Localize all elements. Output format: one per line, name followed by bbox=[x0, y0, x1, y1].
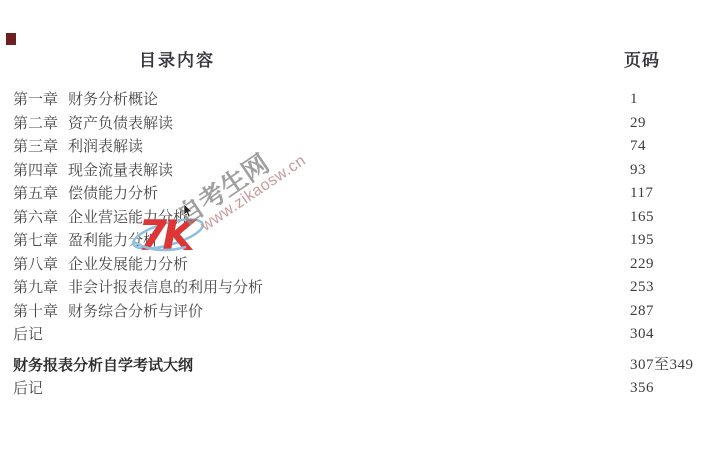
toc-row: 后记 304 bbox=[13, 323, 703, 347]
toc-header-page-label: 页码 bbox=[624, 46, 660, 71]
toc-row-title: 财务综合分析与评价 bbox=[68, 303, 203, 320]
toc-row: 后记 356 bbox=[13, 377, 703, 401]
toc-row-chapter: 第八章 bbox=[13, 253, 68, 277]
toc-row-chapter: 第二章 bbox=[13, 112, 68, 136]
toc-header-contents-label: 目录内容 bbox=[139, 46, 215, 71]
corner-square-marker bbox=[6, 33, 16, 45]
toc-row-title: 现金流量表解读 bbox=[68, 162, 173, 179]
toc-row-title: 后记 bbox=[13, 380, 43, 397]
toc-row-page-number: 1 bbox=[630, 88, 638, 112]
toc-row-title: 后记 bbox=[13, 326, 43, 343]
toc-row-title: 偿债能力分析 bbox=[68, 185, 158, 202]
toc-row-page-number: 195 bbox=[630, 229, 654, 253]
toc-row-page-number: 74 bbox=[630, 135, 646, 159]
mouse-cursor-icon bbox=[183, 204, 193, 218]
toc-row: 第七章盈利能力分析 195 bbox=[13, 229, 703, 253]
toc-row-page-number: 229 bbox=[630, 253, 654, 277]
toc-row-chapter: 第十章 bbox=[13, 300, 68, 324]
toc-row-page-number: 307至349 bbox=[630, 354, 694, 378]
toc-row-page-number: 356 bbox=[630, 377, 654, 401]
toc-row: 第九章非会计报表信息的利用与分析 253 bbox=[13, 276, 703, 300]
toc-page: 目录内容 页码 第一章财务分析概论 1 第二章资产负债表解读 29 第三章利润表… bbox=[0, 0, 703, 454]
toc-row-chapter: 第九章 bbox=[13, 276, 68, 300]
toc-row: 第四章现金流量表解读 93 bbox=[13, 159, 703, 183]
toc-row-page-number: 165 bbox=[630, 206, 654, 230]
toc-row: 第八章企业发展能力分析 229 bbox=[13, 253, 703, 277]
toc-row-page-number: 29 bbox=[630, 112, 646, 136]
toc-row-chapter: 第六章 bbox=[13, 206, 68, 230]
toc-row-chapter: 第四章 bbox=[13, 159, 68, 183]
toc-row-page-number: 287 bbox=[630, 300, 654, 324]
toc-row-title: 财务报表分析自学考试大纲 bbox=[13, 357, 193, 374]
toc-row: 第十章财务综合分析与评价 287 bbox=[13, 300, 703, 324]
toc-list: 第一章财务分析概论 1 第二章资产负债表解读 29 第三章利润表解读 74 第四… bbox=[13, 88, 703, 401]
toc-row-chapter: 第五章 bbox=[13, 182, 68, 206]
toc-row-title: 资产负债表解读 bbox=[68, 115, 173, 132]
toc-row: 财务报表分析自学考试大纲 307至349 bbox=[13, 354, 703, 378]
toc-row: 第五章偿债能力分析 117 bbox=[13, 182, 703, 206]
toc-row-page-number: 117 bbox=[630, 182, 653, 206]
toc-row: 第六章企业营运能力分析 165 bbox=[13, 206, 703, 230]
toc-row-page-number: 93 bbox=[630, 159, 646, 183]
toc-row: 第二章资产负债表解读 29 bbox=[13, 112, 703, 136]
toc-row-title: 财务分析概论 bbox=[68, 91, 158, 108]
toc-row: 第三章利润表解读 74 bbox=[13, 135, 703, 159]
toc-row-title: 利润表解读 bbox=[68, 138, 143, 155]
toc-row-page-number: 304 bbox=[630, 323, 654, 347]
toc-row-page-number: 253 bbox=[630, 276, 654, 300]
toc-row-chapter: 第七章 bbox=[13, 229, 68, 253]
toc-row: 第一章财务分析概论 1 bbox=[13, 88, 703, 112]
toc-row-chapter: 第三章 bbox=[13, 135, 68, 159]
toc-row-title: 非会计报表信息的利用与分析 bbox=[68, 279, 263, 296]
toc-header: 目录内容 页码 bbox=[0, 46, 703, 70]
toc-row-chapter: 第一章 bbox=[13, 88, 68, 112]
